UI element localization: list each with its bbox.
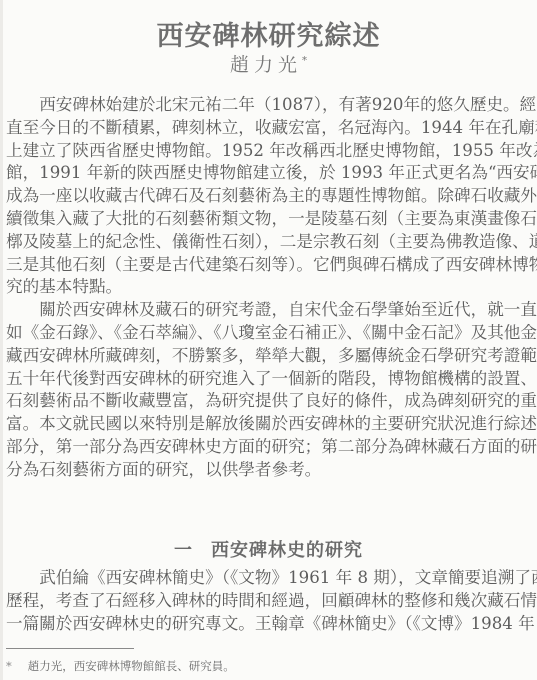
page-edge: [0, 0, 3, 680]
intro-paragraph-1: 西安碑林始建於北宋元祐二年（1087），有著920年的悠久歷史。經過了宋元明清 …: [6, 94, 531, 299]
footnote: *趙力光，西安碑林博物館館長、研究員。: [6, 658, 235, 674]
text-line: 續徵集入藏了大批的石刻藝術類文物，一是陵墓石刻（主要為東漢畫像石、石棺、石: [6, 208, 531, 231]
intro-body: 西安碑林始建於北宋元祐二年（1087），有著920年的悠久歷史。經過了宋元明清 …: [6, 94, 531, 482]
article-title: 西安碑林研究綜述: [0, 20, 537, 54]
intro-paragraph-2: 關於西安碑林及藏石的研究考證，自宋代金石學肇始至近代，就一直不絕如縷， 如《金石…: [6, 299, 531, 481]
text-line: 石刻藝術品不斷收藏豐富，為研究提供了良好的條件，成為碑刻研究的重鎮，成果豐: [6, 390, 531, 413]
footnote-rule: [6, 648, 134, 649]
text-line: 武伯綸《西安碑林簡史》（《文物》1961 年 8 期），文章簡要追溯了西安碑林發…: [6, 567, 531, 590]
text-line: 關於西安碑林及藏石的研究考證，自宋代金石學肇始至近代，就一直不絕如縷，: [6, 299, 531, 322]
text-line: 如《金石錄》、《金石萃編》、《八瓊室金石補正》、《關中金石記》及其他金石著錄中所: [6, 322, 531, 345]
text-line: 成為一座以收藏古代碑石及石刻藝術為主的專題性博物館。除碑石收藏外，解放後陸: [6, 185, 531, 208]
text-line: 分為石刻藝術方面的研究，以供學者參考。: [6, 459, 531, 482]
author-name: 趙力光: [230, 54, 302, 76]
text-line: 三是其他石刻（主要是古代建築石刻等）。它們與碑石構成了西安碑林博物館收藏、研: [6, 254, 531, 277]
text-line: 上建立了陝西省歷史博物館。1952 年改稱西北歷史博物館，1955 年改為陝西省…: [6, 140, 531, 163]
text-line: 歷程，考查了石經移入碑林的時間和經過，回顧碑林的整修和幾次藏石情況等，是第: [6, 590, 531, 613]
text-line: 直至今日的不斷積累，碑刻林立，收藏宏富，名冠海內。1944 年在孔廟和碑林的基礎: [6, 117, 531, 140]
footnote-star: *: [6, 659, 12, 673]
section-title: 西安碑林史的研究: [211, 540, 363, 561]
section-heading: 一西安碑林史的研究: [0, 536, 537, 562]
section-paragraph: 武伯綸《西安碑林簡史》（《文物》1961 年 8 期），文章簡要追溯了西安碑林發…: [6, 567, 531, 635]
text-line: 富。本文就民國以來特別是解放後關於西安碑林的主要研究狀況進行綜述，分為三大: [6, 413, 531, 436]
section-body: 武伯綸《西安碑林簡史》（《文物》1961 年 8 期），文章簡要追溯了西安碑林發…: [6, 567, 531, 635]
text-line: 究的基本特點。: [6, 276, 531, 299]
text-line: 西安碑林始建於北宋元祐二年（1087），有著920年的悠久歷史。經過了宋元明清: [6, 94, 531, 117]
author-line: 趙力光*: [0, 50, 537, 77]
text-line: 槨及陵墓上的紀念性、儀衛性石刻），二是宗教石刻（主要為佛教造像、道教造像等），: [6, 231, 531, 254]
text-line: 部分，第一部分為西安碑林史方面的研究；第二部分為碑林藏石方面的研究；第三部: [6, 436, 531, 459]
text-line: 一篇關於西安碑林史的研究專文。王翰章《碑林簡史》（《文博》1984 年 3 期）…: [6, 613, 531, 636]
footnote-text: 趙力光，西安碑林博物館館長、研究員。: [28, 659, 235, 673]
text-line: 五十年代後對西安碑林的研究進入了一個新的階段，博物館機構的設置、新的碑誌及: [6, 368, 531, 391]
footnote-marker[interactable]: *: [302, 56, 307, 67]
section-number: 一: [174, 540, 193, 561]
text-line: 館，1991 年新的陝西歷史博物館建立後，於 1993 年正式更名為“西安碑林博…: [6, 162, 531, 185]
text-line: 藏西安碑林所藏碑刻，不勝繁多，犖犖大觀，多屬傳統金石學研究考證範疇。上世紀: [6, 345, 531, 368]
